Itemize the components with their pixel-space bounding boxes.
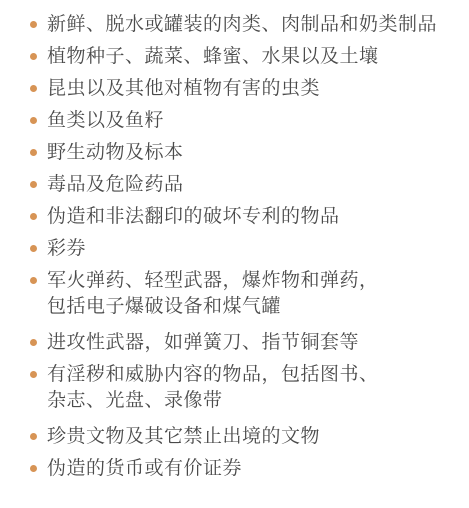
list-item-text: 珍贵文物及其它禁止出境的文物 xyxy=(47,423,320,449)
list-item: 有淫秽和威胁内容的物品，包括图书、 杂志、光盘、录像带 xyxy=(30,361,461,413)
list-item-text: 彩券 xyxy=(47,235,86,261)
list-item-text: 伪造的货币或有价证券 xyxy=(47,455,242,481)
list-item-text: 昆虫以及其他对植物有害的虫类 xyxy=(47,75,320,101)
bullet-icon xyxy=(30,149,37,156)
list-item: 珍贵文物及其它禁止出境的文物 xyxy=(30,423,461,449)
list-item-text: 进攻性武器，如弹簧刀、指节铜套等 xyxy=(47,329,359,355)
bullet-icon xyxy=(30,85,37,92)
list-item-text: 有淫秽和威胁内容的物品，包括图书、 杂志、光盘、录像带 xyxy=(47,361,379,413)
list-item-text: 军火弹药、轻型武器，爆炸物和弹药， 包括电子爆破设备和煤气罐 xyxy=(47,267,379,319)
prohibited-items-page: 新鲜、脱水或罐装的肉类、肉制品和奶类制品 植物种子、蔬菜、蜂蜜、水果以及土壤 昆… xyxy=(0,0,469,508)
prohibited-items-list: 新鲜、脱水或罐装的肉类、肉制品和奶类制品 植物种子、蔬菜、蜂蜜、水果以及土壤 昆… xyxy=(0,0,469,481)
bullet-icon xyxy=(30,277,37,284)
list-item: 进攻性武器，如弹簧刀、指节铜套等 xyxy=(30,329,461,355)
list-item-text: 新鲜、脱水或罐装的肉类、肉制品和奶类制品 xyxy=(47,11,437,37)
list-item: 伪造和非法翻印的破坏专利的物品 xyxy=(30,203,461,229)
list-item: 军火弹药、轻型武器，爆炸物和弹药， 包括电子爆破设备和煤气罐 xyxy=(30,267,461,319)
list-item: 伪造的货币或有价证券 xyxy=(30,455,461,481)
bullet-icon xyxy=(30,181,37,188)
list-item-text: 植物种子、蔬菜、蜂蜜、水果以及土壤 xyxy=(47,43,379,69)
list-item: 毒品及危险药品 xyxy=(30,171,461,197)
bullet-icon xyxy=(30,433,37,440)
list-item: 野生动物及标本 xyxy=(30,139,461,165)
list-item: 彩券 xyxy=(30,235,461,261)
list-item: 新鲜、脱水或罐装的肉类、肉制品和奶类制品 xyxy=(30,11,461,37)
list-item-text: 伪造和非法翻印的破坏专利的物品 xyxy=(47,203,340,229)
bullet-icon xyxy=(30,245,37,252)
list-item: 鱼类以及鱼籽 xyxy=(30,107,461,133)
bullet-icon xyxy=(30,465,37,472)
list-item-text: 野生动物及标本 xyxy=(47,139,184,165)
list-item-text: 鱼类以及鱼籽 xyxy=(47,107,164,133)
bullet-icon xyxy=(30,339,37,346)
bullet-icon xyxy=(30,371,37,378)
bullet-icon xyxy=(30,21,37,28)
bullet-icon xyxy=(30,117,37,124)
bullet-icon xyxy=(30,53,37,60)
list-item: 植物种子、蔬菜、蜂蜜、水果以及土壤 xyxy=(30,43,461,69)
list-item-text: 毒品及危险药品 xyxy=(47,171,184,197)
list-item: 昆虫以及其他对植物有害的虫类 xyxy=(30,75,461,101)
bullet-icon xyxy=(30,213,37,220)
